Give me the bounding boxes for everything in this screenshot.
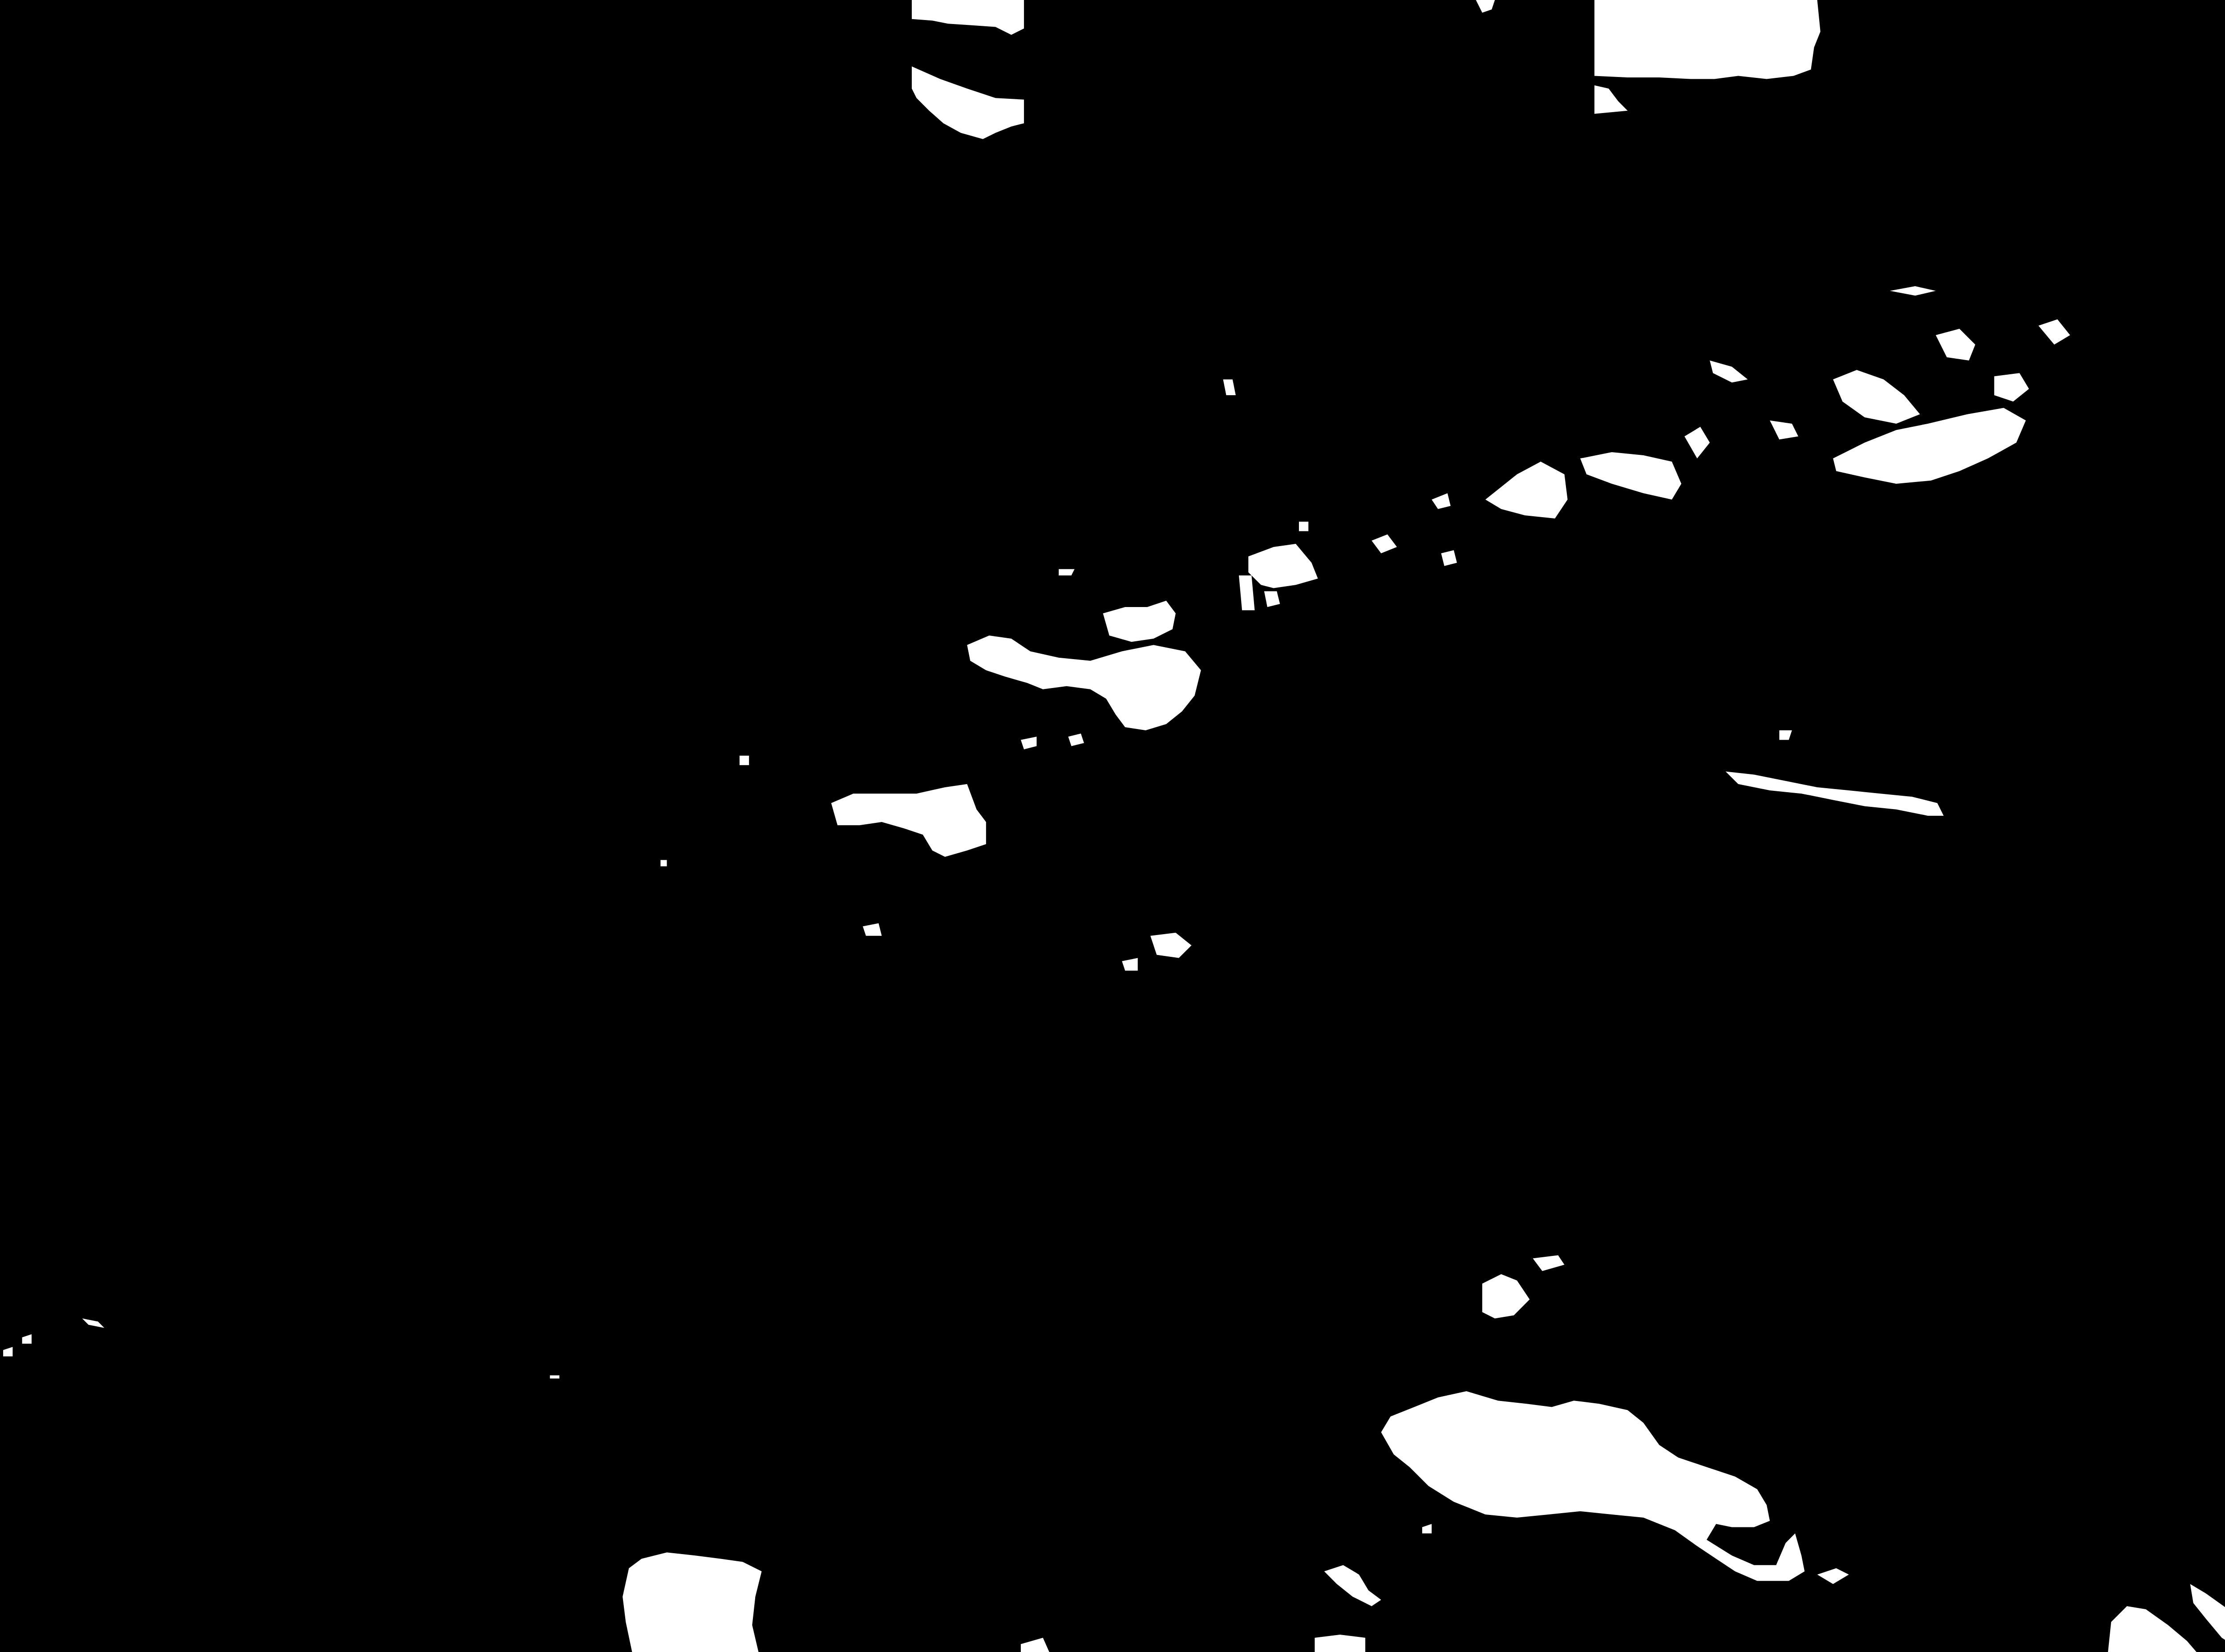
mask-background: [0, 0, 2225, 1652]
mask-region: [1594, 0, 1820, 79]
mask-region: [660, 860, 667, 866]
mask-region: [623, 1552, 761, 1652]
mask-region: [1299, 522, 1308, 531]
mask-region: [740, 756, 749, 765]
segmentation-mask: [0, 0, 2225, 1652]
mask-region: [550, 1375, 559, 1378]
mask-region: [1315, 1635, 1365, 1652]
